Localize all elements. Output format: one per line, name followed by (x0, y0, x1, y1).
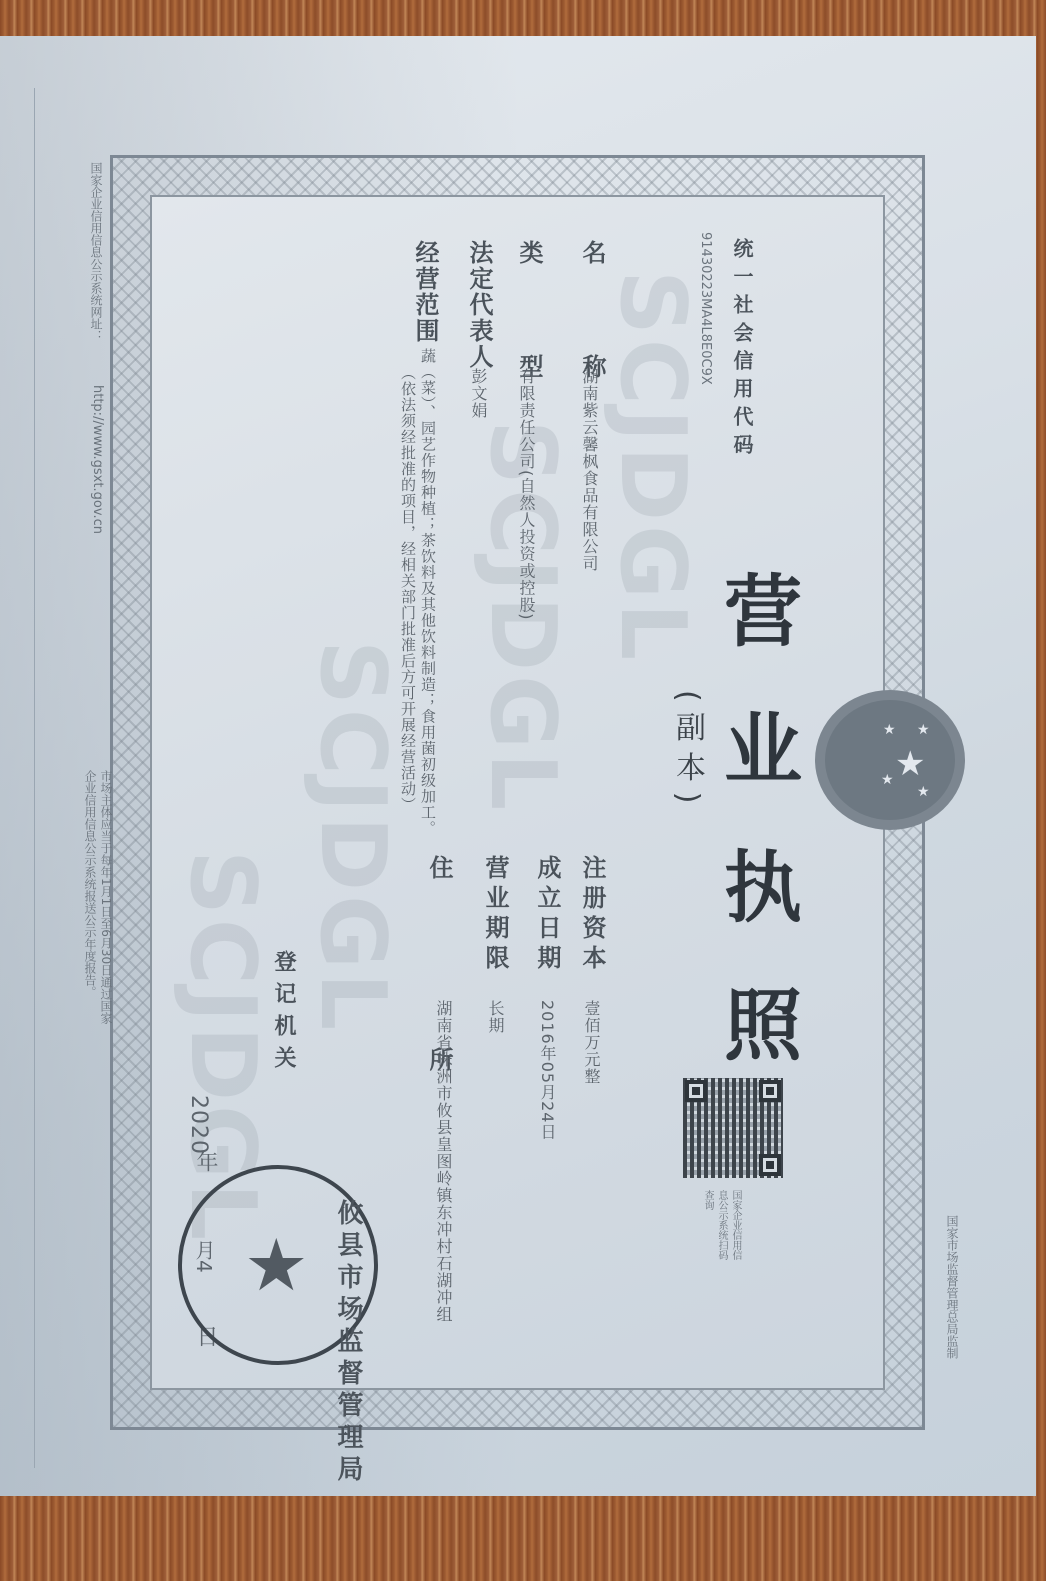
qr-finder (759, 1154, 781, 1176)
credit-code-label: 统一社会信用代码 (728, 238, 757, 462)
star-icon: ★ (917, 722, 930, 738)
star-icon: ★ (244, 1229, 309, 1301)
star-icon: ★ (883, 722, 896, 738)
document-subtitle: (副本) (665, 690, 709, 813)
seal-text: 攸县市场监督管理局 (330, 1199, 367, 1487)
qr-finder (685, 1080, 707, 1102)
margin-note-annual-report-2: 企业信用信息公示系统报送公示年度报告。 (82, 770, 99, 998)
field-value-established: 2016年05月24日 (536, 1000, 559, 1140)
field-label-term: 营业期限 (478, 855, 513, 975)
qr-caption: 国家企业信用信息公示系统扫码查询 (700, 1190, 742, 1260)
field-value-type: 有限责任公司(自然人投资或控股) (515, 368, 538, 620)
margin-note-website-url[interactable]: http://www.gsxt.gov.cn (90, 385, 105, 534)
margin-note-annual-report-1: 市场主体应当于每年1月1日至6月30日通过国家 (98, 770, 115, 1024)
star-icon: ★ (881, 772, 894, 788)
qr-finder (759, 1080, 781, 1102)
field-value-address: 湖南省株洲市攸县皇图岭镇东冲村石湖冲组 (432, 1000, 455, 1323)
field-value-legal-rep: 彭文娟 (467, 368, 490, 419)
watermark: SCJDGL (600, 270, 705, 664)
date-year: 2020 (186, 1095, 211, 1155)
issuer-note: 国家市场监督管理总局监制 (944, 1215, 961, 1359)
field-value-name: 湖南紫云馨枫食品有限公司 (578, 368, 601, 572)
field-label-established: 成立日期 (530, 855, 565, 975)
field-value-term: 长期 (484, 1000, 507, 1034)
field-label-business-scope: 经营范围 (408, 240, 443, 344)
field-note-business-scope: （依法须经批准的项目，经相关部门批准后方可开展经营活动） (398, 365, 419, 813)
document-title: 营业执照 (700, 570, 812, 1122)
margin-note-website-label: 国家企业信用信息公示系统网址： (88, 162, 105, 342)
field-label-legal-rep: 法定代表人 (462, 240, 497, 370)
star-icon: ★ (917, 784, 930, 800)
paper-margin-line (34, 88, 35, 1468)
field-label-capital: 注册资本 (575, 855, 610, 975)
field-value-business-scope: 蔬（菜）、园艺作物种植；茶饮料及其他饮料制造；食用菌初级加工。 (418, 348, 439, 837)
credit-code-value: 91430223MA4L8E0C9X (698, 232, 713, 385)
field-value-capital: 壹佰万元整 (580, 1000, 603, 1085)
national-emblem-icon: ★ ★ ★ ★ ★ (815, 690, 965, 830)
qr-code[interactable] (683, 1078, 783, 1178)
date-year-suffix: 年 (190, 1150, 221, 1173)
watermark: SCJDGL (300, 640, 405, 1034)
registration-authority-label: 登记机关 (268, 950, 299, 1078)
official-seal: ★ 攸县市场监督管理局 (178, 1165, 378, 1365)
star-icon: ★ (895, 744, 925, 784)
